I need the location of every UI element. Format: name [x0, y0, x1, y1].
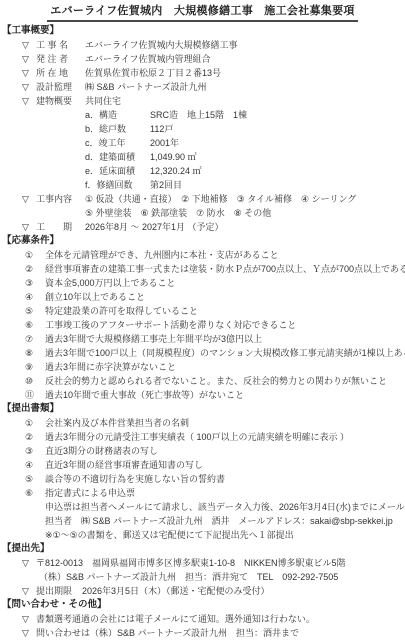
work-content-line2: ⑤ 外壁塗装 ⑥ 鉄部塗装 ⑦ 防水 ⑧ その他 [0, 206, 405, 220]
item-number: ⑪ [25, 388, 45, 402]
item-text: 会社案内及び本件営業担当者の名刺 [45, 416, 405, 430]
detail-key: e．延床面積 [85, 164, 150, 178]
document-item: ② 過去3年間分の元請受注工事実績表（ 100戸以上の元請実績を明確に表示 ） [0, 430, 405, 444]
item-number: ⑤ [25, 304, 45, 318]
item-number: ② [25, 430, 45, 444]
detail-value: 1,049.90 ㎡ [150, 150, 405, 164]
condition-item: ⑥ 工事竣工後のアフターサポート活動を滞りなく対応できること [0, 318, 405, 332]
detail-key: a．構造 [85, 108, 150, 122]
detail-key: f．修繕回数 [85, 178, 150, 192]
inquiry-text: 問い合わせは（株）S&B パートナーズ設計九州 担当：酒井まで [36, 626, 405, 640]
detail-value: SRC造 地上15階 1棟 [150, 108, 405, 122]
section-heading-inquiry: 【問い合わせ・その他】 [0, 598, 405, 612]
overview-row-name: ▽ 工 事 名 エバーライフ佐賀城内大規模修繕工事 [0, 38, 405, 52]
item-text: 工事竣工後のアフターサポート活動を滞りなく対応できること [45, 318, 405, 332]
submission-deadline-row: ▽ 提出期限 2026年3月5日（木）（郵送・宅配便のみ受付） [0, 584, 405, 598]
overview-row-period: ▽ 工 期 2026年8月 ～ 2027年1月 （予定） [0, 220, 405, 234]
field-value: 共同住宅 [85, 94, 405, 108]
document-item: ③ 直近3期分の財務諸表の写し [0, 444, 405, 458]
submission-address-line2: （株）S&B パートナーズ設計九州 担当：酒井宛て TEL 092-292-75… [0, 570, 405, 584]
triangle-marker-icon: ▽ [22, 80, 36, 94]
field-label: 建物概要 [36, 94, 85, 108]
field-label: 設計監理 [36, 80, 85, 94]
building-detail-row: f．修繕回数 第2回目 [0, 178, 405, 192]
building-detail-row: e．延床面積 12,320.24 ㎡ [0, 164, 405, 178]
building-detail-row: a．構造 SRC造 地上15階 1棟 [0, 108, 405, 122]
document-note: ※①～⑤の書類を、郵送又は宅配便にて下記提出先へ１部提出 [0, 528, 405, 542]
detail-value: 12,320.24 ㎡ [150, 164, 405, 178]
document-item: ① 会社案内及び本件営業担当者の名刺 [0, 416, 405, 430]
item-text: 過去3年間で大規模修繕工事売上年間平均が3億円以上 [45, 332, 405, 346]
inquiry-row: ▽ 書類選考通過の会社には電子メールにて通知。選外通知は行わない。 [0, 612, 405, 626]
item-number: ⑨ [25, 360, 45, 374]
triangle-marker-icon: ▽ [22, 38, 36, 52]
item-number: ⑤ [25, 472, 45, 486]
title-row: エバーライフ佐賀城内 大規模修繕工事 施工会社募集要項 [0, 4, 405, 23]
document-item: ④ 直近3年間の経営事項審査通知書の写し [0, 458, 405, 472]
item-number: ③ [25, 444, 45, 458]
item-text: 反社会的勢力と認められる者でないこと。また、反社会的勢力との関わりが無いこと [45, 374, 405, 388]
detail-value: 2001年 [150, 136, 405, 150]
field-value: ㈱ S&B パートナーズ設計九州 [85, 80, 405, 94]
item-text: 直近3期分の財務諸表の写し [45, 444, 405, 458]
item-text: 過去3年間に赤字決算がないこと [45, 360, 405, 374]
document-page: エバーライフ佐賀城内 大規模修繕工事 施工会社募集要項 【工事概要】 ▽ 工 事… [0, 0, 405, 640]
overview-row-location: ▽ 所 在 地 佐賀県佐賀市松原２丁目２番13号 [0, 66, 405, 80]
field-value: エバーライフ佐賀城内大規模修繕工事 [85, 38, 405, 52]
item-text: 過去10年間で重大事故（死亡事故等）がないこと [45, 388, 405, 402]
field-value: エバーライフ佐賀城内管理組合 [85, 52, 405, 66]
item-text: 特定建設業の許可を取得していること [45, 304, 405, 318]
field-label: 提出期限 [36, 584, 82, 598]
item-text: 資本金5,000万円以上であること [45, 276, 405, 290]
triangle-marker-icon: ▽ [22, 626, 36, 640]
section-heading-submission: 【提出先】 [0, 542, 405, 556]
condition-item: ⑪ 過去10年間で重大事故（死亡事故等）がないこと [0, 388, 405, 402]
submission-address-line1: 〒812-0013 福岡県福岡市博多区博多駅東1-10-8 NIKKEN博多駅東… [36, 556, 405, 570]
item-number: ② [25, 262, 45, 276]
item-number: ③ [25, 276, 45, 290]
field-value: 2026年3月5日（木）（郵送・宅配便のみ受付） [82, 584, 405, 598]
condition-item: ⑩ 反社会的勢力と認められる者でないこと。また、反社会的勢力との関わりが無いこと [0, 374, 405, 388]
triangle-marker-icon: ▽ [22, 220, 36, 234]
building-detail-row: b．総戸数 112戸 [0, 122, 405, 136]
document-title: エバーライフ佐賀城内 大規模修繕工事 施工会社募集要項 [47, 4, 357, 22]
condition-item: ④ 創立10年以上であること [0, 290, 405, 304]
field-label: 工 期 [36, 220, 85, 234]
item-number: ⑦ [25, 332, 45, 346]
condition-item: ① 全体を元請管理ができ、九州圏内に本社・支店があること [0, 248, 405, 262]
item-text: 経営事項審査の建築工事一式または塗装・防水Ｐ点が700点以上、Ｙ点が700点以上… [45, 262, 405, 276]
triangle-marker-icon: ▽ [22, 612, 36, 626]
item-text: 直近3年間の経営事項審査通知書の写し [45, 458, 405, 472]
condition-item: ⑨ 過去3年間に赤字決算がないこと [0, 360, 405, 374]
triangle-marker-icon: ▽ [22, 66, 36, 80]
item-number: ⑥ [25, 318, 45, 332]
detail-key: c．竣工年 [85, 136, 150, 150]
building-detail-row: c．竣工年 2001年 [0, 136, 405, 150]
condition-item: ③ 資本金5,000万円以上であること [0, 276, 405, 290]
section-heading-documents: 【提出書類】 [0, 402, 405, 416]
field-label: 発 注 者 [36, 52, 85, 66]
section-heading-overview: 【工事概要】 [0, 24, 405, 38]
triangle-marker-icon: ▽ [22, 52, 36, 66]
item-text: 全体を元請管理ができ、九州圏内に本社・支店があること [45, 248, 405, 262]
field-label: 工 事 名 [36, 38, 85, 52]
item-text: 過去3年間で100戸以上（同規模程度）のマンション大規模改修工事元請実績が1棟以… [45, 346, 405, 360]
field-label: 工事内容 [36, 192, 85, 206]
document-item: ⑥ 指定書式による申込票 [0, 486, 405, 500]
document-item: ⑤ 談合等の不適切行為を実施しない旨の誓約書 [0, 472, 405, 486]
item-number: ④ [25, 458, 45, 472]
triangle-marker-icon: ▽ [22, 556, 36, 570]
detail-value: 112戸 [150, 122, 405, 136]
overview-row-building: ▽ 建物概要 共同住宅 [0, 94, 405, 108]
triangle-marker-icon: ▽ [22, 192, 36, 206]
item-number: ④ [25, 290, 45, 304]
inquiry-row: ▽ 問い合わせは（株）S&B パートナーズ設計九州 担当：酒井まで [0, 626, 405, 640]
detail-value: 第2回目 [150, 178, 405, 192]
item-text: 創立10年以上であること [45, 290, 405, 304]
condition-item: ⑧ 過去3年間で100戸以上（同規模程度）のマンション大規模改修工事元請実績が1… [0, 346, 405, 360]
field-label: 所 在 地 [36, 66, 85, 80]
building-detail-row: d．建築面積 1,049.90 ㎡ [0, 150, 405, 164]
work-content-line1: ① 仮設（共通・直接） ② 下地補修 ③ タイル補修 ④ シーリング [85, 192, 405, 206]
triangle-marker-icon: ▽ [22, 94, 36, 108]
condition-item: ⑦ 過去3年間で大規模修繕工事売上年間平均が3億円以上 [0, 332, 405, 346]
item-number: ⑩ [25, 374, 45, 388]
overview-row-client: ▽ 発 注 者 エバーライフ佐賀城内管理組合 [0, 52, 405, 66]
triangle-marker-icon: ▽ [22, 584, 36, 598]
item-text: 指定書式による申込票 [45, 486, 405, 500]
field-value: 佐賀県佐賀市松原２丁目２番13号 [85, 66, 405, 80]
section-heading-conditions: 【応募条件】 [0, 234, 405, 248]
item-number: ⑥ [25, 486, 45, 500]
condition-item: ⑤ 特定建設業の許可を取得していること [0, 304, 405, 318]
overview-row-supervisor: ▽ 設計監理 ㈱ S&B パートナーズ設計九州 [0, 80, 405, 94]
document-note: 担当者 ㈱ S&B パートナーズ設計九州 酒井 メールアドレス：sakai@sb… [0, 514, 405, 528]
detail-key: b．総戸数 [85, 122, 150, 136]
item-number: ① [25, 248, 45, 262]
overview-row-work-content: ▽ 工事内容 ① 仮設（共通・直接） ② 下地補修 ③ タイル補修 ④ シーリン… [0, 192, 405, 206]
detail-key: d．建築面積 [85, 150, 150, 164]
item-number: ① [25, 416, 45, 430]
item-number: ⑧ [25, 346, 45, 360]
item-text: 過去3年間分の元請受注工事実績表（ 100戸以上の元請実績を明確に表示 ） [45, 430, 405, 444]
field-value: 2026年8月 ～ 2027年1月 （予定） [85, 220, 405, 234]
condition-item: ② 経営事項審査の建築工事一式または塗装・防水Ｐ点が700点以上、Ｙ点が700点… [0, 262, 405, 276]
document-note: 申込票は担当者へメールにて請求し、該当データ入力後、2026年3月4日(水)まで… [0, 500, 405, 514]
submission-address-row: ▽ 〒812-0013 福岡県福岡市博多区博多駅東1-10-8 NIKKEN博多… [0, 556, 405, 570]
inquiry-text: 書類選考通過の会社には電子メールにて通知。選外通知は行わない。 [36, 612, 405, 626]
item-text: 談合等の不適切行為を実施しない旨の誓約書 [45, 472, 405, 486]
